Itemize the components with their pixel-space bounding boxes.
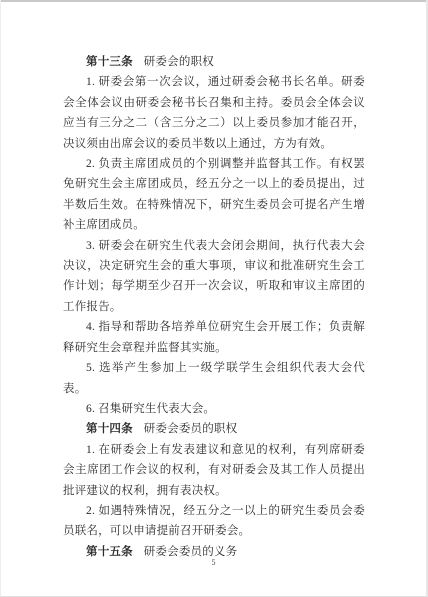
article-13-paragraph-4: 4. 指导和帮助各培养单位研究生会开展工作；负责解释研究生会章程并监督其实施。: [63, 317, 365, 358]
article-14-heading: 第十四条研委会委员的职权: [63, 419, 365, 439]
article-13-paragraph-6: 6. 召集研究生代表大会。: [63, 399, 365, 419]
article-15-number: 第十五条: [86, 546, 133, 558]
article-13-paragraph-1: 1. 研委会第一次会议，通过研委会秘书长名单。研委会全体会议由研委会秘书长召集和…: [63, 72, 365, 154]
article-14-number: 第十四条: [86, 423, 133, 435]
document-page: 第十三条研委会的职权 1. 研委会第一次会议，通过研委会秘书长名单。研委会全体会…: [0, 0, 428, 597]
article-13-heading: 第十三条研委会的职权: [63, 52, 365, 72]
article-14-paragraph-2: 2. 如遇特殊情况，经五分之一以上的研究生委员会委员联名，可以申请提前召开研委会…: [63, 501, 365, 542]
article-15-title: 研委会委员的义务: [144, 546, 238, 558]
article-14-title: 研委会委员的职权: [144, 423, 238, 435]
article-13-paragraph-5: 5. 选举产生参加上一级学联学生会组织代表大会代表。: [63, 358, 365, 399]
article-14-paragraph-1: 1. 在研委会上有发表建议和意见的权利，有列席研委会主席团工作会议的权利，有对研…: [63, 440, 365, 501]
page-top-edge-line: [1, 0, 426, 2]
page-number: 5: [1, 558, 426, 567]
page-content: 第十三条研委会的职权 1. 研委会第一次会议，通过研委会秘书长名单。研委会全体会…: [63, 52, 365, 562]
article-13-number: 第十三条: [86, 56, 133, 68]
article-13-title: 研委会的职权: [144, 56, 214, 68]
article-13-paragraph-3: 3. 研委会在研究生代表大会闭会期间，执行代表大会决议，决定研究生会的重大事项，…: [63, 236, 365, 318]
article-13-paragraph-2: 2. 负责主席团成员的个别调整并监督其工作。有权罢免研究生会主席团成员，经五分之…: [63, 154, 365, 236]
